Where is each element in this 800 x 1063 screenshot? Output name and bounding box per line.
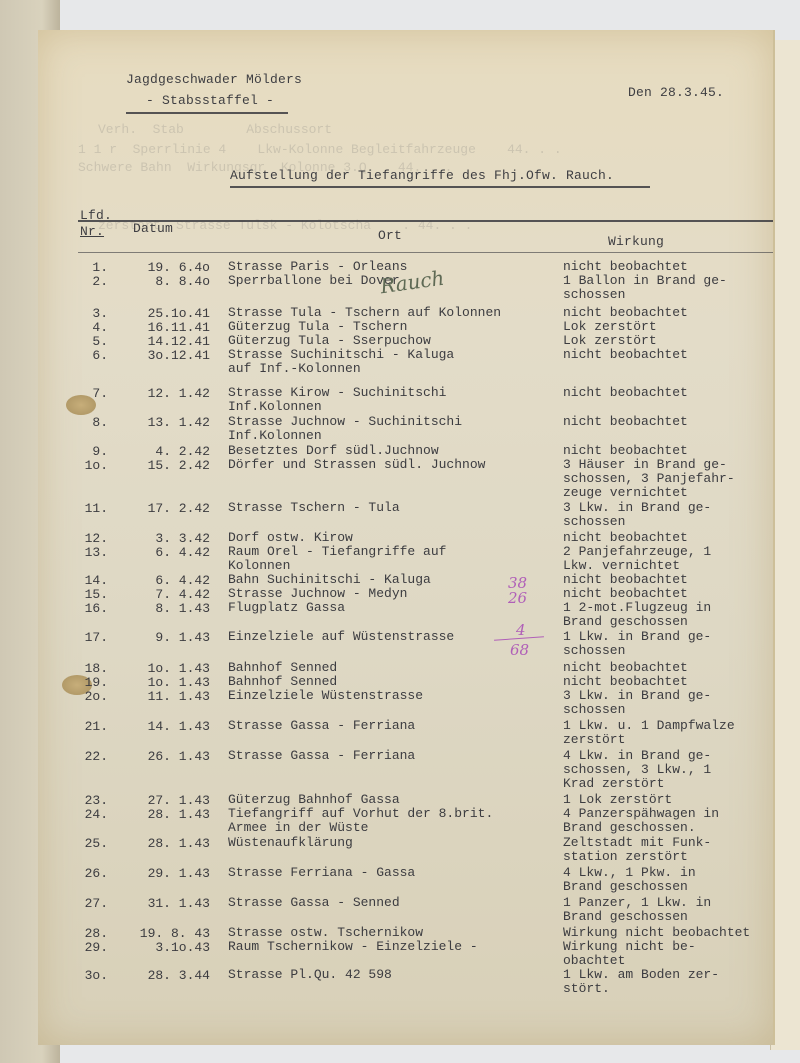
row-effect: 4 Panzerspähwagen in Brand geschossen. xyxy=(563,807,773,835)
row-effect: nicht beobachtet xyxy=(563,444,773,458)
document-date: Den 28.3.45. xyxy=(628,85,724,100)
row-effect: 1 Ballon in Brand ge- schossen xyxy=(563,274,773,302)
row-effect: 3 Lkw. in Brand ge- schossen xyxy=(563,501,773,529)
row-date: 12. 1.42 xyxy=(120,386,210,401)
row-effect: 2 Panjefahrzeuge, 1 Lkw. vernichtet xyxy=(563,545,773,573)
row-place: Strasse Pl.Qu. 42 598 xyxy=(228,968,558,982)
row-number: 14. xyxy=(78,573,108,588)
row-date: 15. 2.42 xyxy=(120,458,210,473)
row-effect: nicht beobachtet xyxy=(563,386,773,400)
row-date: 8. 8.4o xyxy=(120,274,210,289)
row-number: 1. xyxy=(78,260,108,275)
row-place: Besetztes Dorf südl.Juchnow xyxy=(228,444,558,458)
row-effect: 1 Panzer, 1 Lkw. in Brand geschossen xyxy=(563,896,773,924)
row-date: 29. 1.43 xyxy=(120,866,210,881)
row-effect: 1 Lkw. in Brand ge- schossen xyxy=(563,630,773,658)
row-number: 24. xyxy=(78,807,108,822)
row-date: 3o.12.41 xyxy=(120,348,210,363)
row-number: 22. xyxy=(78,749,108,764)
row-number: 3. xyxy=(78,306,108,321)
row-date: 6. 4.42 xyxy=(120,573,210,588)
row-number: 15. xyxy=(78,587,108,602)
row-date: 9. 1.43 xyxy=(120,630,210,645)
row-number: 19. xyxy=(78,675,108,690)
pink-annotation-number: 4 xyxy=(516,622,526,638)
row-number: 8. xyxy=(78,415,108,430)
row-place: Bahnhof Senned xyxy=(228,661,558,675)
row-place: Tiefangriff auf Vorhut der 8.brit. Armee… xyxy=(228,807,558,835)
row-place: Strasse ostw. Tschernikow xyxy=(228,926,558,940)
row-number: 11. xyxy=(78,501,108,516)
row-effect: Lok zerstört xyxy=(563,320,773,334)
row-number: 6. xyxy=(78,348,108,363)
row-place: Einzelziele Wüstenstrasse xyxy=(228,689,558,703)
row-number: 5. xyxy=(78,334,108,349)
unit-name: Jagdgeschwader Mölders xyxy=(126,72,302,87)
row-date: 1o. 1.43 xyxy=(120,661,210,676)
row-effect: 1 2-mot.Flugzeug in Brand geschossen xyxy=(563,601,773,629)
row-place: Güterzug Bahnhof Gassa xyxy=(228,793,558,807)
row-effect: Zeltstadt mit Funk- station zerstört xyxy=(563,836,773,864)
row-date: 26. 1.43 xyxy=(120,749,210,764)
row-place: Strasse Gassa - Ferriana xyxy=(228,719,558,733)
row-number: 28. xyxy=(78,926,108,941)
row-effect: nicht beobachtet xyxy=(563,675,773,689)
row-date: 28. 1.43 xyxy=(120,807,210,822)
row-place: Güterzug Tula - Sserpuchow xyxy=(228,334,558,348)
row-effect: nicht beobachtet xyxy=(563,348,773,362)
row-number: 29. xyxy=(78,940,108,955)
pink-annotation-number: 68 xyxy=(510,642,529,658)
row-place: Strasse Gassa - Ferriana xyxy=(228,749,558,763)
row-place: Strasse Kirow - Suchinitschi Inf.Kolonne… xyxy=(228,386,558,414)
row-number: 12. xyxy=(78,531,108,546)
row-effect: nicht beobachtet xyxy=(563,573,773,587)
row-date: 25.1o.41 xyxy=(120,306,210,321)
column-nr-label-1: Lfd. xyxy=(80,208,112,223)
row-date: 14. 1.43 xyxy=(120,719,210,734)
row-date: 31. 1.43 xyxy=(120,896,210,911)
row-effect: nicht beobachtet xyxy=(563,661,773,675)
row-effect: 1 Lkw. am Boden zer- stört. xyxy=(563,968,773,996)
bleed-through-text: Verh. Stab Abschussort xyxy=(98,122,332,137)
row-place: Bahnhof Senned xyxy=(228,675,558,689)
row-date: 3. 3.42 xyxy=(120,531,210,546)
row-place: Strasse Ferriana - Gassa xyxy=(228,866,558,880)
column-nr-label-2: Nr. xyxy=(80,224,104,239)
row-date: 19. 8. 43 xyxy=(120,926,210,941)
row-date: 13. 1.42 xyxy=(120,415,210,430)
row-number: 16. xyxy=(78,601,108,616)
row-number: 25. xyxy=(78,836,108,851)
row-date: 16.11.41 xyxy=(120,320,210,335)
row-number: 26. xyxy=(78,866,108,881)
document-page: Verh. Stab Abschussort 1 1 r Sperrlinie … xyxy=(38,30,775,1045)
row-place: Strasse Gassa - Senned xyxy=(228,896,558,910)
column-date-label: Datum xyxy=(133,221,173,236)
row-effect: Wirkung nicht be- obachtet xyxy=(563,940,773,968)
row-date: 8. 1.43 xyxy=(120,601,210,616)
column-effect-label: Wirkung xyxy=(608,234,664,249)
row-number: 7. xyxy=(78,386,108,401)
table-top-rule xyxy=(78,220,773,222)
row-date: 7. 4.42 xyxy=(120,587,210,602)
row-place: Strasse Tula - Tschern auf Kolonnen xyxy=(228,306,558,320)
row-number: 9. xyxy=(78,444,108,459)
subunit-underline xyxy=(126,112,288,114)
row-effect: nicht beobachtet xyxy=(563,260,773,274)
row-number: 3o. xyxy=(78,968,108,983)
row-date: 17. 2.42 xyxy=(120,501,210,516)
row-effect: nicht beobachtet xyxy=(563,306,773,320)
row-place: Strasse Suchinitschi - Kaluga auf Inf.-K… xyxy=(228,348,558,376)
row-date: 6. 4.42 xyxy=(120,545,210,560)
subunit-name: - Stabsstaffel - xyxy=(146,93,274,108)
title-underline xyxy=(230,186,650,188)
bleed-through-text: 1 1 r Sperrlinie 4 Lkw-Kolonne Begleitfa… xyxy=(78,142,562,157)
row-effect: Lok zerstört xyxy=(563,334,773,348)
row-place: Dorf ostw. Kirow xyxy=(228,531,558,545)
row-date: 3.1o.43 xyxy=(120,940,210,955)
pink-annotation-number: 26 xyxy=(508,590,527,606)
row-effect: 3 Häuser in Brand ge- schossen, 3 Panjef… xyxy=(563,458,773,500)
row-place: Strasse Tschern - Tula xyxy=(228,501,558,515)
row-date: 27. 1.43 xyxy=(120,793,210,808)
row-number: 23. xyxy=(78,793,108,808)
row-effect: 1 Lkw. u. 1 Dampfwalze zerstört xyxy=(563,719,773,747)
row-number: 2o. xyxy=(78,689,108,704)
row-place: Wüstenaufklärung xyxy=(228,836,558,850)
row-date: 1o. 1.43 xyxy=(120,675,210,690)
row-place: Einzelziele auf Wüstenstrasse xyxy=(228,630,558,644)
row-date: 11. 1.43 xyxy=(120,689,210,704)
row-number: 4. xyxy=(78,320,108,335)
row-effect: 1 Lok zerstört xyxy=(563,793,773,807)
row-effect: nicht beobachtet xyxy=(563,587,773,601)
row-place: Raum Orel - Tiefangriffe auf Kolonnen xyxy=(228,545,558,573)
row-date: 28. 3.44 xyxy=(120,968,210,983)
row-number: 13. xyxy=(78,545,108,560)
row-number: 27. xyxy=(78,896,108,911)
row-place: Güterzug Tula - Tschern xyxy=(228,320,558,334)
row-place: Dörfer und Strassen südl. Juchnow xyxy=(228,458,558,472)
table-header-rule xyxy=(78,252,773,253)
row-date: 28. 1.43 xyxy=(120,836,210,851)
row-place: Strasse Juchnow - Suchinitschi Inf.Kolon… xyxy=(228,415,558,443)
row-number: 17. xyxy=(78,630,108,645)
row-number: 21. xyxy=(78,719,108,734)
row-effect: nicht beobachtet xyxy=(563,531,773,545)
row-effect: Wirkung nicht beobachtet xyxy=(563,926,773,940)
row-date: 4. 2.42 xyxy=(120,444,210,459)
row-number: 1o. xyxy=(78,458,108,473)
column-place-label: Ort xyxy=(378,228,402,243)
row-effect: 4 Lkw. in Brand ge- schossen, 3 Lkw., 1 … xyxy=(563,749,773,791)
row-number: 2. xyxy=(78,274,108,289)
row-place: Raum Tschernikow - Einzelziele - xyxy=(228,940,558,954)
row-effect: nicht beobachtet xyxy=(563,415,773,429)
row-effect: 4 Lkw., 1 Pkw. in Brand geschossen xyxy=(563,866,773,894)
row-date: 14.12.41 xyxy=(120,334,210,349)
row-date: 19. 6.4o xyxy=(120,260,210,275)
document-title: Aufstellung der Tiefangriffe des Fhj.Ofw… xyxy=(230,168,614,183)
row-effect: 3 Lkw. in Brand ge- schossen xyxy=(563,689,773,717)
row-number: 18. xyxy=(78,661,108,676)
